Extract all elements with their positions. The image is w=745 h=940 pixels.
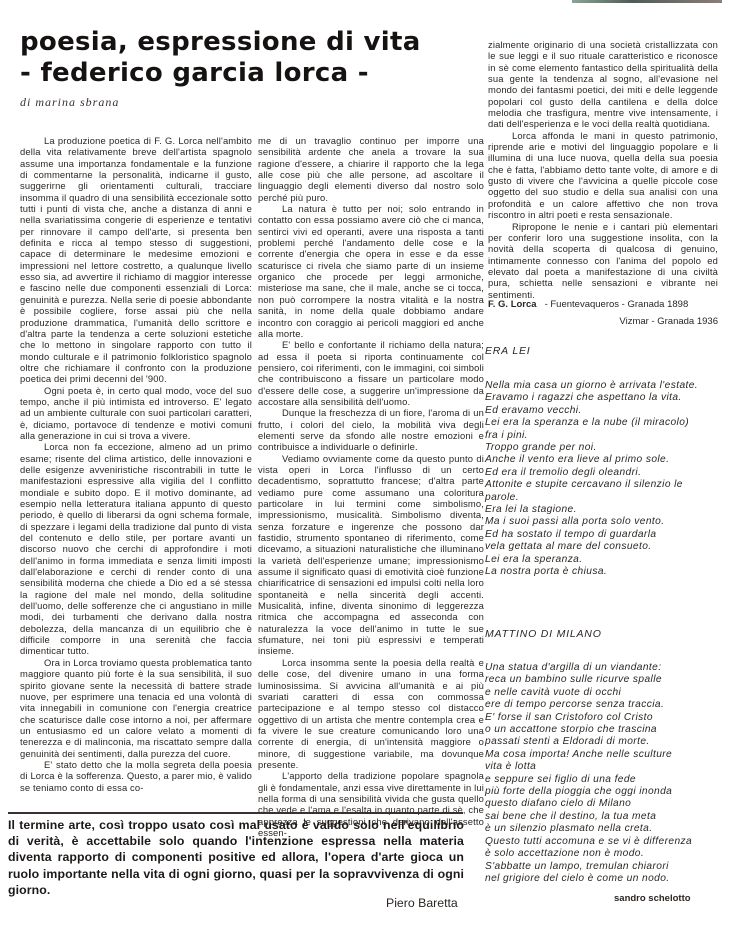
poem-line: vita è lotta [485, 761, 725, 773]
poem-line: Ed era il tremolio degli oleandri. [485, 467, 725, 479]
paragraph: E' bello e confortante il richiamo della… [258, 339, 484, 407]
paragraph: E' stato detto che la molla segreta dell… [20, 759, 252, 793]
paragraph: Ripropone le nenie e i cantari più eleme… [488, 221, 718, 300]
quote-author: Piero Baretta [386, 896, 458, 910]
poem-line: Lei era la speranza e la nube (il miraco… [485, 417, 725, 429]
paragraph: Lorca non fa eccezione, almeno ad un pri… [20, 441, 252, 657]
paragraph: me di un travaglio continuo per imporre … [258, 135, 484, 203]
poem-line: questo diafano cielo di Milano [485, 798, 725, 810]
paragraph: La produzione poetica di F. G. Lorca nel… [20, 135, 252, 385]
poem-line: Anche il vento era lieve al primo sole. [485, 454, 725, 466]
poem-line: Troppo grande per noi. [485, 442, 725, 454]
poem-line: Ma cosa importa! Anche nelle sculture [485, 749, 725, 761]
poem-line: è un silenzio plasmato nella creta. [485, 823, 725, 835]
divider-rule [8, 812, 463, 814]
poem-line: più forte della pioggia che oggi inonda [485, 786, 725, 798]
byline: di marina sbrana [20, 95, 119, 110]
quote-text: Il termine arte, così troppo usato così … [8, 817, 464, 898]
poem-line: Ed eravamo vecchi. [485, 405, 725, 417]
poem-line: vela gettata al mare del consueto. [485, 541, 725, 553]
poem-line: Ed ha sostato il tempo di guardarla [485, 529, 725, 541]
poem-line: passati stenti a Eldoradi di morte. [485, 736, 725, 748]
death-info: Vizmar - Granada 1936 [488, 316, 718, 327]
poem-line: La nostra porta è chiusa. [485, 566, 725, 578]
poem-line: e seppure sei figlio di una fede [485, 774, 725, 786]
poem-line: Una statua d'argilla di un viandante: [485, 662, 725, 674]
paragraph: zialmente originario di una società cris… [488, 39, 718, 130]
poem-line: o un accattone storpio che trascina [485, 724, 725, 736]
poem-title-mattino-di-milano: MATTINO DI MILANO [485, 628, 602, 640]
poem-line: Ma i suoi passi alla porta solo vento. [485, 516, 725, 528]
poem-line: Attonite e stupite cercavano il silenzio… [485, 479, 725, 491]
paragraph: Ora in Lorca troviamo questa problematic… [20, 657, 252, 759]
paragraph: Lorca affonda le mani in questo patrimon… [488, 130, 718, 221]
poem-line: S'abbatte un lampo, tremulan chiarori [485, 861, 725, 873]
poem-line: fra i pini. [485, 430, 725, 442]
article-column-1: La produzione poetica di F. G. Lorca nel… [20, 135, 252, 793]
poem-line: parole. [485, 492, 725, 504]
poem-line: Eravamo i ragazzi che aspettano la vita. [485, 392, 725, 404]
article-column-3: zialmente originario di una società cris… [488, 39, 718, 300]
birth-info: - Fuentevaqueros - Granada 1898 [545, 299, 689, 310]
poem-era-lei: Nella mia casa un giorno è arrivata l'es… [485, 380, 725, 579]
poem-author: sandro schelotto [614, 893, 691, 904]
poem-line: Era lei la stagione. [485, 504, 725, 516]
title-line-1: poesia, espressione di vita [20, 27, 421, 58]
paragraph: Ogni poeta è, in certo qual modo, voce d… [20, 385, 252, 442]
paragraph: Dunque la freschezza di un fiore, l'arom… [258, 407, 484, 452]
article-title: poesia, espressione di vita - federico g… [20, 27, 421, 89]
poem-line: e nelle cavità vuote di occhi [485, 687, 725, 699]
poem-line: nel grigiore del cielo è come un nodo. [485, 873, 725, 885]
paragraph: La natura è tutto per noi; solo entrando… [258, 203, 484, 339]
poem-mattino-di-milano: Una statua d'argilla di un viandante: re… [485, 662, 725, 885]
poem-line: reca un bambino sulle ricurve spalle [485, 674, 725, 686]
poem-line: ere di tempo percorse senza traccia. [485, 699, 725, 711]
poem-title-era-lei: ERA LEI [485, 345, 530, 357]
article-column-2: me di un travaglio continuo per imporre … [258, 135, 484, 838]
paragraph: Vediamo ovviamente come da questo punto … [258, 453, 484, 657]
poem-line: Lei era la speranza. [485, 554, 725, 566]
title-line-2: - federico garcia lorca - [20, 58, 421, 89]
poem-line: è solo accettazione non è modo. [485, 848, 725, 860]
poem-line: Nella mia casa un giorno è arrivata l'es… [485, 380, 725, 392]
poet-name: F. G. Lorca [488, 299, 537, 310]
decorative-top-strip [572, 0, 722, 3]
paragraph: Lorca insomma sente la poesia della real… [258, 657, 484, 770]
poem-line: sai bene che il destino, la tua meta [485, 811, 725, 823]
poem-line: Questo tutti accomuna e se vi è differen… [485, 836, 725, 848]
poem-line: E' forse il san Cristoforo col Cristo [485, 712, 725, 724]
lorca-dates: F. G. Lorca - Fuentevaqueros - Granada 1… [488, 299, 718, 327]
